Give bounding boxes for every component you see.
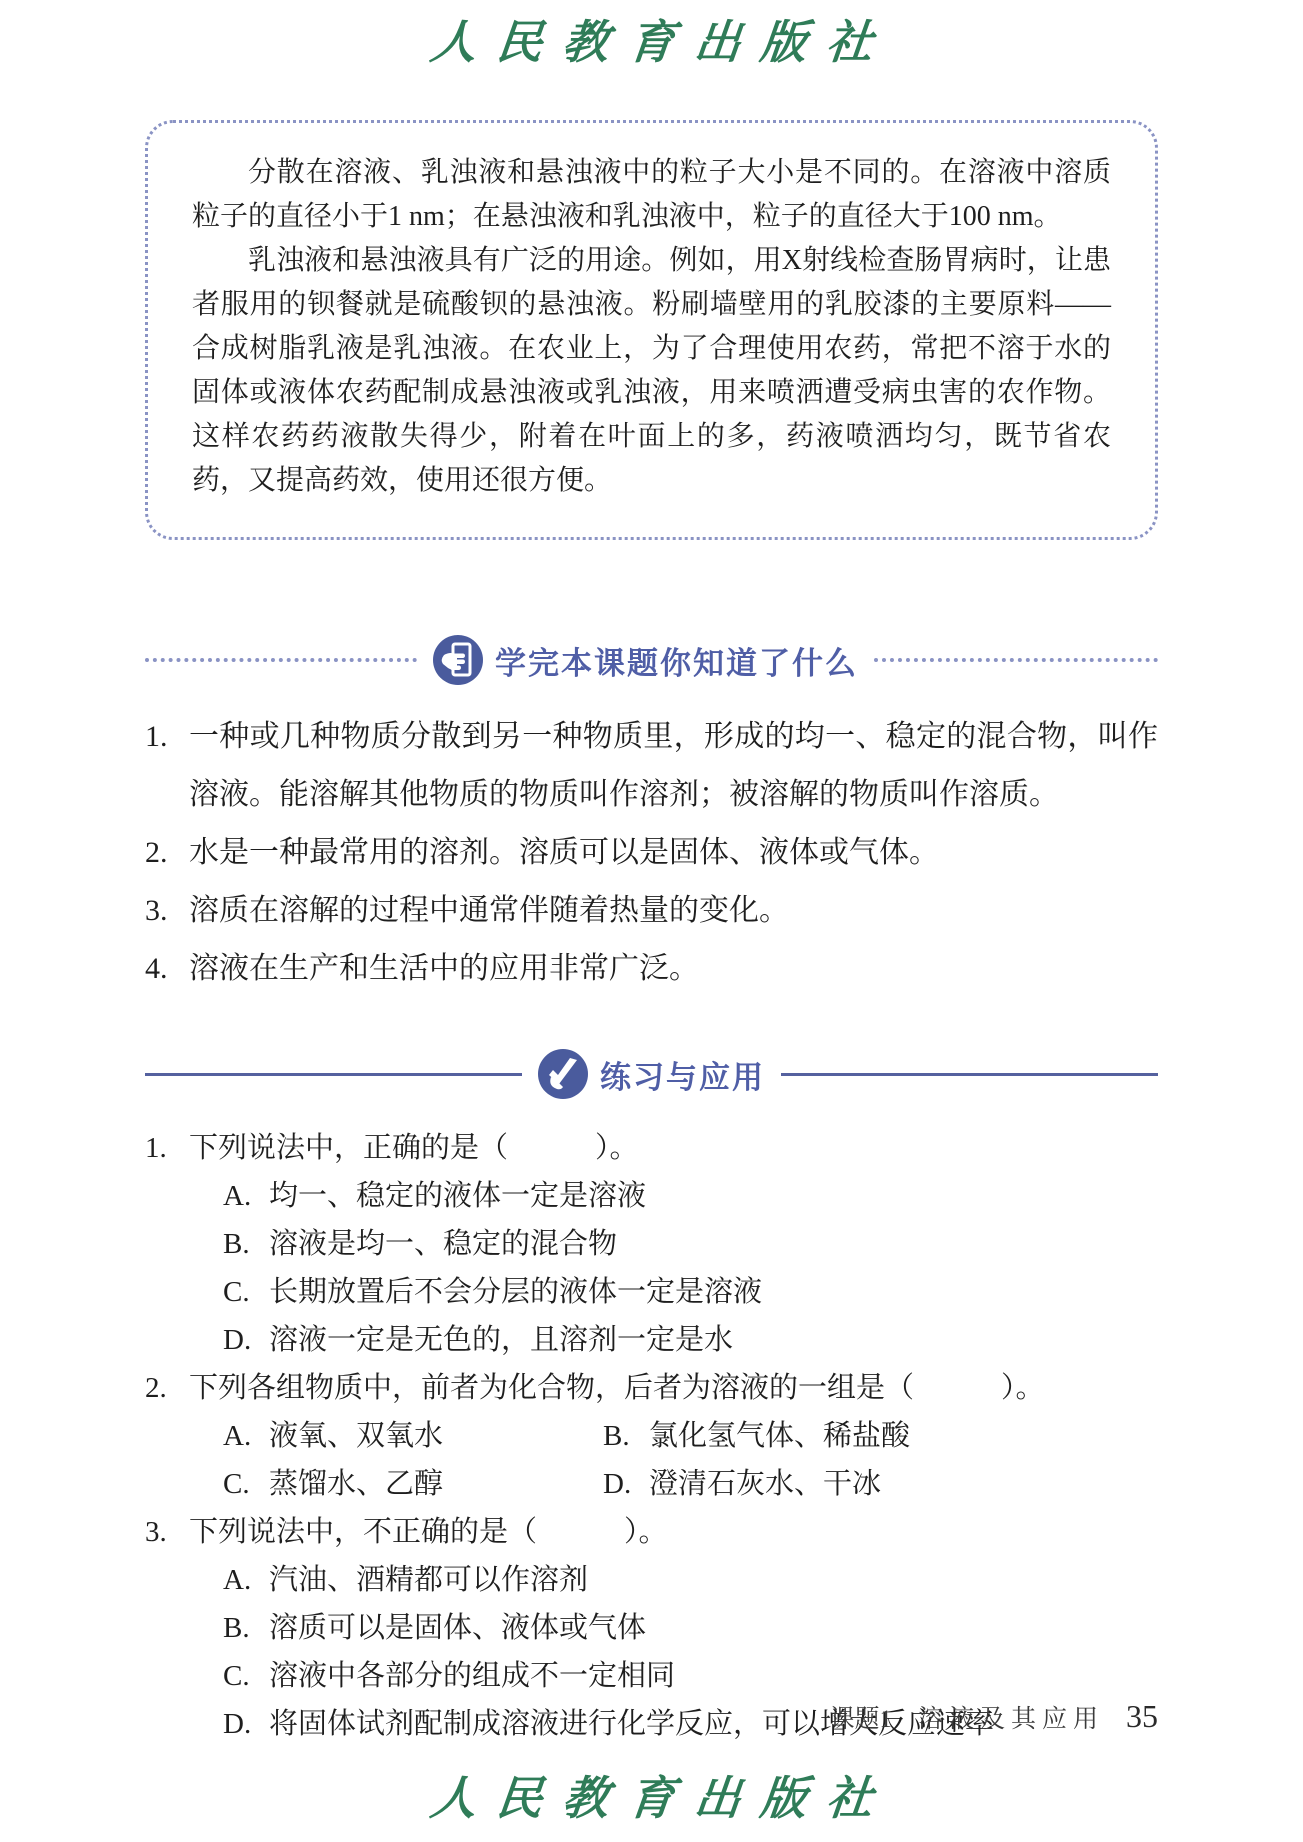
option-label: A. (223, 1172, 269, 1220)
option-label: B. (223, 1220, 269, 1268)
option-label: C. (223, 1268, 269, 1316)
page-number: 35 (1126, 1698, 1158, 1735)
textbook-page: 人民教育出版社 分散在溶液、乳浊液和悬浊液中的粒子大小是不同的。在溶液中溶质粒子… (0, 0, 1303, 1842)
option-text: 溶液中各部分的组成不一定相同 (269, 1652, 675, 1700)
summary-section-header: 学完本课题你知道了什么 (145, 632, 1158, 688)
option-label: A. (223, 1412, 269, 1460)
footer-title: 溶液及其应用 (918, 1699, 1104, 1735)
question-stem: 下列说法中，正确的是（ ）。 (189, 1124, 1158, 1172)
exercise-section-title: 练习与应用 (600, 1052, 765, 1097)
option-c: C. 蒸馏水、乙醇 (223, 1460, 603, 1508)
option-text: 均一、稳定的液体一定是溶液 (269, 1172, 646, 1220)
item-number: 2. (145, 824, 189, 882)
option-text: 氯化氢气体、稀盐酸 (649, 1412, 910, 1460)
info-paragraph-1: 分散在溶液、乳浊液和悬浊液中的粒子大小是不同的。在溶液中溶质粒子的直径小于1 n… (192, 151, 1111, 239)
option-text: 澄清石灰水、干冰 (649, 1460, 881, 1508)
summary-item: 1. 一种或几种物质分散到另一种物质里，形成的均一、稳定的混合物，叫作溶液。能溶… (145, 708, 1158, 824)
solid-leader-left (145, 1073, 522, 1076)
option-b: B. 溶质可以是固体、液体或气体 (223, 1604, 1158, 1652)
question-stem: 下列各组物质中，前者为化合物，后者为溶液的一组是（ ）。 (189, 1364, 1158, 1412)
item-number: 3. (145, 882, 189, 940)
summary-section-title: 学完本课题你知道了什么 (495, 638, 858, 683)
option-label: B. (603, 1412, 649, 1460)
option-text: 液氧、双氧水 (269, 1412, 443, 1460)
item-text: 水是一种最常用的溶剂。溶质可以是固体、液体或气体。 (189, 824, 1158, 882)
item-text: 一种或几种物质分散到另一种物质里，形成的均一、稳定的混合物，叫作溶液。能溶解其他… (189, 708, 1158, 824)
page-footer: 课题1 溶液及其应用 35 (829, 1698, 1158, 1735)
question-2-options: A. 液氧、双氧水 B. 氯化氢气体、稀盐酸 C. 蒸馏水、乙醇 D. 澄清石灰… (223, 1412, 1158, 1508)
question-1-options: A. 均一、稳定的液体一定是溶液 B. 溶液是均一、稳定的混合物 C. 长期放置… (223, 1172, 1158, 1364)
question-stem: 下列说法中，不正确的是（ ）。 (189, 1508, 1158, 1556)
question-number: 2. (145, 1364, 189, 1412)
summary-list: 1. 一种或几种物质分散到另一种物质里，形成的均一、稳定的混合物，叫作溶液。能溶… (145, 708, 1158, 998)
info-box: 分散在溶液、乳浊液和悬浊液中的粒子大小是不同的。在溶液中溶质粒子的直径小于1 n… (145, 120, 1158, 540)
hand-document-icon (433, 635, 483, 685)
book-check-icon (538, 1049, 588, 1099)
question-2: 2. 下列各组物质中，前者为化合物，后者为溶液的一组是（ ）。 A. 液氧、双氧… (145, 1364, 1158, 1508)
option-text: 长期放置后不会分层的液体一定是溶液 (269, 1268, 762, 1316)
option-a: A. 均一、稳定的液体一定是溶液 (223, 1172, 1158, 1220)
exercise-questions: 1. 下列说法中，正确的是（ ）。 A. 均一、稳定的液体一定是溶液 B. 溶液… (145, 1124, 1158, 1748)
option-text: 溶质可以是固体、液体或气体 (269, 1604, 646, 1652)
info-paragraph-2: 乳浊液和悬浊液具有广泛的用途。例如，用X射线检查肠胃病时，让患者服用的钡餐就是硫… (192, 239, 1111, 503)
option-c: C. 溶液中各部分的组成不一定相同 (223, 1652, 1158, 1700)
option-c: C. 长期放置后不会分层的液体一定是溶液 (223, 1268, 1158, 1316)
option-label: A. (223, 1556, 269, 1604)
summary-item: 2. 水是一种最常用的溶剂。溶质可以是固体、液体或气体。 (145, 824, 1158, 882)
footer-chapter: 课题1 (829, 1699, 892, 1735)
question-number: 3. (145, 1508, 189, 1556)
option-label: C. (223, 1460, 269, 1508)
option-a: A. 液氧、双氧水 (223, 1412, 603, 1460)
option-text: 溶液是均一、稳定的混合物 (269, 1220, 617, 1268)
option-d: D. 澄清石灰水、干冰 (603, 1460, 1158, 1508)
option-a: A. 汽油、酒精都可以作溶剂 (223, 1556, 1158, 1604)
item-number: 1. (145, 708, 189, 824)
question-number: 1. (145, 1124, 189, 1172)
exercise-section-header: 练习与应用 (145, 1046, 1158, 1102)
summary-item: 4. 溶液在生产和生活中的应用非常广泛。 (145, 940, 1158, 998)
publisher-logo-bottom: 人民教育出版社 (0, 1756, 1303, 1834)
item-text: 溶质在溶解的过程中通常伴随着热量的变化。 (189, 882, 1158, 940)
item-text: 溶液在生产和生活中的应用非常广泛。 (189, 940, 1158, 998)
summary-item: 3. 溶质在溶解的过程中通常伴随着热量的变化。 (145, 882, 1158, 940)
option-text: 蒸馏水、乙醇 (269, 1460, 443, 1508)
publisher-logo-text: 人民教育出版社 (407, 6, 896, 72)
option-label: C. (223, 1652, 269, 1700)
publisher-logo-top: 人民教育出版社 (0, 0, 1303, 78)
option-b: B. 氯化氢气体、稀盐酸 (603, 1412, 1158, 1460)
option-text: 溶液一定是无色的，且溶剂一定是水 (269, 1316, 733, 1364)
publisher-logo-text: 人民教育出版社 (407, 1762, 896, 1828)
option-text: 汽油、酒精都可以作溶剂 (269, 1556, 588, 1604)
option-label: D. (603, 1460, 649, 1508)
option-b: B. 溶液是均一、稳定的混合物 (223, 1220, 1158, 1268)
option-label: D. (223, 1316, 269, 1364)
solid-leader-right (781, 1073, 1158, 1076)
question-1: 1. 下列说法中，正确的是（ ）。 A. 均一、稳定的液体一定是溶液 B. 溶液… (145, 1124, 1158, 1364)
item-number: 4. (145, 940, 189, 998)
option-label: B. (223, 1604, 269, 1652)
dotted-leader-left (145, 658, 417, 662)
option-d: D. 溶液一定是无色的，且溶剂一定是水 (223, 1316, 1158, 1364)
dotted-leader-right (874, 658, 1158, 662)
option-label: D. (223, 1700, 269, 1748)
